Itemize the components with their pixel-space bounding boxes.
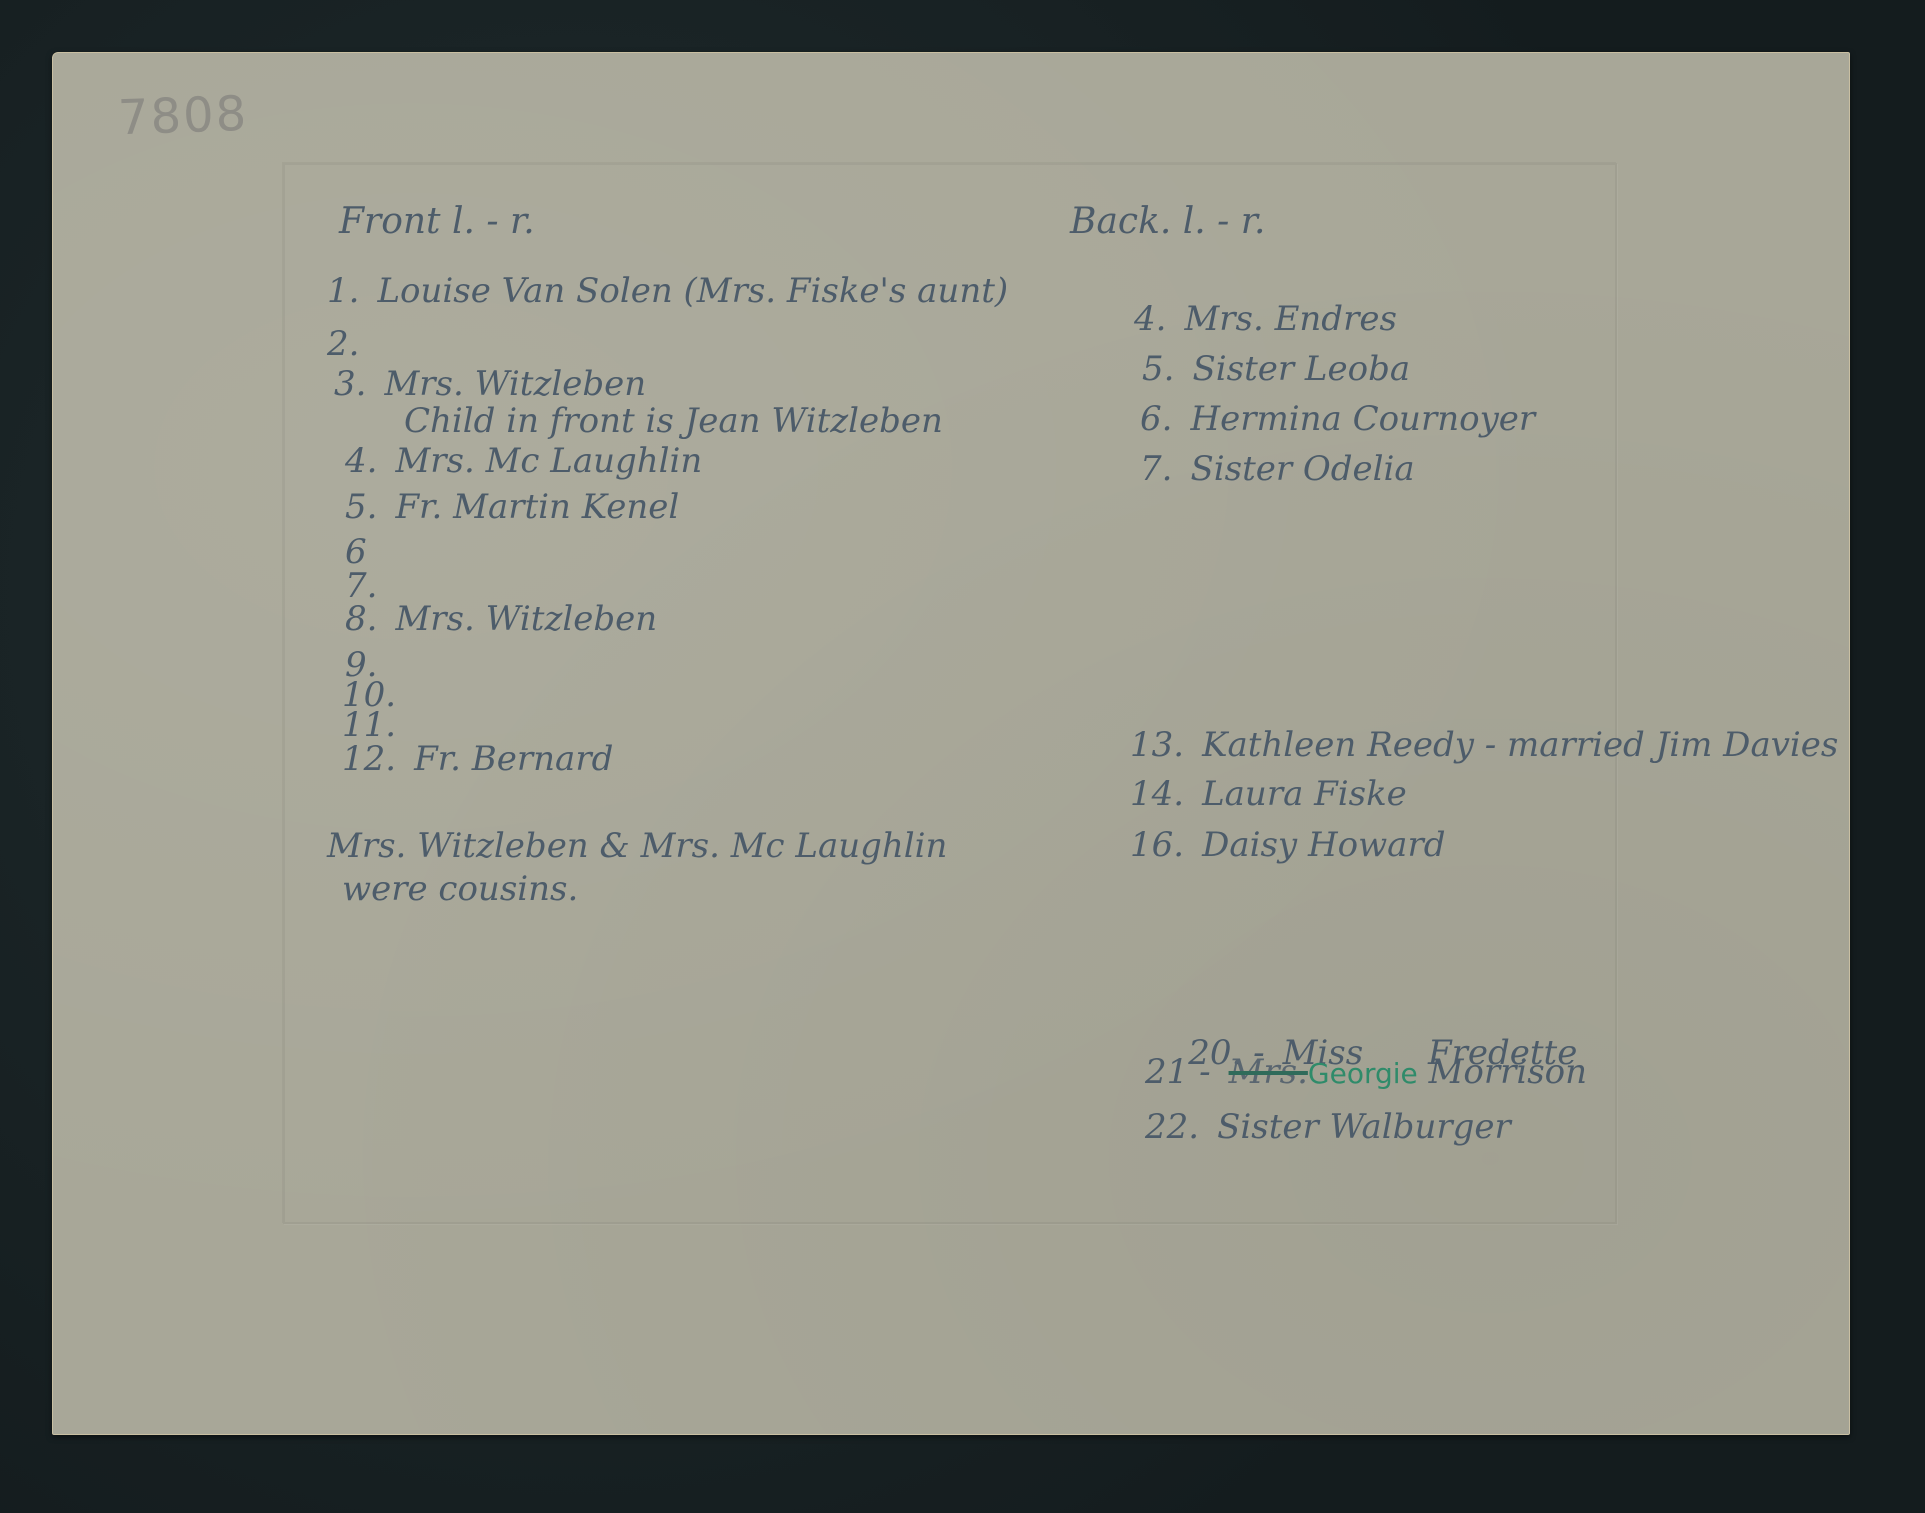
back-entry-22: 22.Sister Walburger	[1145, 1110, 1511, 1144]
entry-number: 4.	[345, 444, 377, 478]
back-entry-4: 4.Mrs. Endres	[1134, 302, 1397, 336]
back-entry-21: 21 -Mrs.Georgie Morrison	[1145, 1055, 1587, 1089]
front-entry-6: 6	[345, 535, 385, 569]
inserted-text-green: Georgie	[1308, 1057, 1418, 1090]
entry-number: 6.	[1140, 402, 1172, 436]
entry-number: 8.	[345, 602, 377, 636]
front-note-line-1: Mrs. Witzleben & Mrs. Mc Laughlin	[327, 829, 947, 863]
entry-number: 2.	[327, 327, 359, 361]
catalog-number: 7808	[117, 86, 249, 147]
entry-name: Hermina Cournoyer	[1190, 399, 1535, 439]
entry-name: Kathleen Reedy - married Jim Davies	[1202, 725, 1838, 765]
entry-name: Laura Fiske	[1202, 774, 1407, 814]
entry-name: Daisy Howard	[1202, 825, 1445, 865]
entry-name: Louise Van Solen (Mrs. Fiske's aunt)	[377, 271, 1008, 311]
entry-name: Mrs. Witzleben	[395, 599, 657, 639]
struck-text: Mrs.	[1229, 1052, 1308, 1092]
entry-number: 7.	[1140, 452, 1172, 486]
entry-number: 22.	[1145, 1110, 1199, 1144]
entry-number: 5.	[1142, 352, 1174, 386]
entry-number: 4.	[1134, 302, 1166, 336]
front-note-line-2: were cousins.	[342, 872, 578, 906]
entry-number: 21 -	[1145, 1055, 1211, 1089]
back-entry-7: 7.Sister Odelia	[1140, 452, 1415, 486]
front-entry-1: 1.Louise Van Solen (Mrs. Fiske's aunt)	[327, 274, 1008, 308]
front-entry-4: 4.Mrs. Mc Laughlin	[345, 444, 702, 478]
front-entry-7: 7.	[345, 569, 395, 603]
back-entry-13: 13.Kathleen Reedy - married Jim Davies	[1130, 728, 1838, 762]
entry-number: 6	[345, 535, 367, 569]
entry-name: Mrs. Endres	[1184, 299, 1396, 339]
entry-number: 7.	[345, 569, 377, 603]
entry-name: Mrs. Witzleben	[384, 364, 646, 404]
entry-number: 14.	[1130, 777, 1184, 811]
back-heading: Back. l. - r.	[1070, 204, 1266, 240]
front-heading: Front l. - r.	[339, 204, 535, 240]
entry-number: 13.	[1130, 728, 1184, 762]
front-entry-8: 8.Mrs. Witzleben	[345, 602, 657, 636]
entry-name: Mrs. Mc Laughlin	[395, 441, 702, 481]
back-entry-16: 16.Daisy Howard	[1130, 828, 1445, 862]
entry-name: Morrison	[1429, 1052, 1587, 1092]
front-entry-5: 5.Fr. Martin Kenel	[345, 490, 679, 524]
archival-card: 7808 Front l. - r. 1.Louise Van Solen (M…	[52, 52, 1850, 1435]
back-entry-6: 6.Hermina Cournoyer	[1140, 402, 1535, 436]
entry-number: 3.	[334, 367, 366, 401]
entry-name: Sister Odelia	[1190, 449, 1414, 489]
front-entry-11: 11.	[342, 708, 414, 742]
front-entry-12: 12.Fr. Bernard	[342, 742, 613, 776]
back-entry-5: 5.Sister Leoba	[1142, 352, 1410, 386]
back-entry-14: 14.Laura Fiske	[1130, 777, 1407, 811]
entry-name: Sister Walburger	[1217, 1107, 1511, 1147]
entry-number: 12.	[342, 742, 396, 776]
entry-number: 5.	[345, 490, 377, 524]
entry-number: 1.	[327, 274, 359, 308]
entry-name: Fr. Martin Kenel	[395, 487, 679, 527]
entry-name: Fr. Bernard	[414, 739, 613, 779]
front-entry-3: 3.Mrs. Witzleben	[334, 367, 646, 401]
front-entry-2: 2.	[327, 327, 377, 361]
entry-number: 16.	[1130, 828, 1184, 862]
entry-name: Sister Leoba	[1192, 349, 1410, 389]
front-entry-3-note: Child in front is Jean Witzleben	[404, 404, 943, 438]
entry-number: 11.	[342, 708, 396, 742]
